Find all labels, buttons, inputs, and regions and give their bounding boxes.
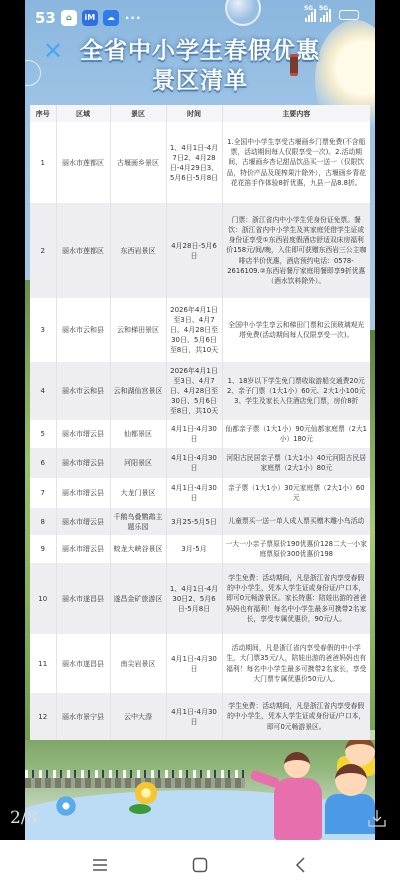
cell-time: 1、4月1日-4月30日2、5月6日-5月8日 xyxy=(166,563,222,634)
cell-time: 3月-5月 xyxy=(166,535,222,563)
download-button[interactable] xyxy=(367,808,387,828)
child-illustration xyxy=(335,764,367,796)
cell-spot: 南尖岩景区 xyxy=(110,634,166,693)
cell-time: 1、4月1日-4月7日2、4月28日-4月29日3、5月6日-5月8日 xyxy=(166,122,222,203)
cell-content: 学生免费：活动期间，凡是浙江省内享受春假的中小学生，凭本人学生证或身份证/户口本… xyxy=(222,563,370,634)
cell-area: 丽水市缙云县 xyxy=(56,420,110,448)
cell-spot: 大龙门景区 xyxy=(110,478,166,508)
cell-spot: 东西岩景区 xyxy=(110,203,166,298)
cell-area: 丽水市遂昌县 xyxy=(56,563,110,634)
cell-area: 丽水市莲都区 xyxy=(56,122,110,203)
cell-spot: 蛟龙大峡谷景区 xyxy=(110,535,166,563)
cell-no: 3 xyxy=(30,298,56,362)
table-row: 10 丽水市遂昌县 遂昌金矿旅游区 1、4月1日-4月30日2、5月6日-5月8… xyxy=(30,563,370,634)
cell-time: 4月1日-4月30日 xyxy=(166,693,222,740)
cell-content: 河阳古民居亲子票（1大1小）40元河阳古民居家庭票（2大1小）80元 xyxy=(222,448,370,478)
cell-spot: 云中大漈 xyxy=(110,693,166,740)
cell-time: 2026年4月1日至3日、4月7日、4月28日至30日、5月6日至8日，共10天 xyxy=(166,362,222,420)
cell-area: 丽水市遂昌县 xyxy=(56,634,110,693)
cell-no: 12 xyxy=(30,693,56,740)
status-time: 53 xyxy=(35,9,56,27)
cell-spot: 遂昌金矿旅游区 xyxy=(110,563,166,634)
status-right: 5G 5G xyxy=(305,8,359,22)
cell-no: 1 xyxy=(30,122,56,203)
back-icon xyxy=(294,857,306,873)
back-button[interactable] xyxy=(285,850,315,880)
header-time: 时间 xyxy=(166,105,222,122)
cell-area: 丽水市云和县 xyxy=(56,298,110,362)
spool-decoration-icon xyxy=(290,54,298,76)
cell-no: 8 xyxy=(30,508,56,535)
home-button[interactable] xyxy=(185,850,215,880)
table-row: 5 丽水市缙云县 仙都景区 4月1日-4月30日 仙都亲子票（1大1小）90元仙… xyxy=(30,420,370,448)
cell-time: 2026年4月1日至3日、4月7日、4月28日至30日、5月6日至8日，共10天 xyxy=(166,298,222,362)
table-row: 6 丽水市缙云县 河阳景区 4月1日-4月30日 河阳古民居亲子票（1大1小）4… xyxy=(30,448,370,478)
cell-no: 2 xyxy=(30,203,56,298)
header-area: 区域 xyxy=(56,105,110,122)
cell-content: 学生免费：活动期间，凡是浙江省内享受春假的中小学生，凭本人学生证或身份证/户口本… xyxy=(222,693,370,740)
cell-no: 4 xyxy=(30,362,56,420)
cell-no: 11 xyxy=(30,634,56,693)
cell-content: 门票：浙江省内中小学生凭身份证免票。餐饮：浙江省内中小学生及其家庭凭借学生证或身… xyxy=(222,203,370,298)
header-spot: 景区 xyxy=(110,105,166,122)
cell-area: 丽水市缙云县 xyxy=(56,535,110,563)
cell-spot: 古堰画乡景区 xyxy=(110,122,166,203)
cell-content: 1.全国中小学生享受古堰画乡门票免费(不含船票，活动期间每人仅限享受一次)。2.… xyxy=(222,122,370,203)
cell-no: 7 xyxy=(30,478,56,508)
cell-area: 丽水市莲都区 xyxy=(56,203,110,298)
poster-bottom-illustration xyxy=(25,740,375,840)
students-crowd xyxy=(25,770,245,778)
table-row: 4 丽水市云和县 云和湖仙宫景区 2026年4月1日至3日、4月7日、4月28日… xyxy=(30,362,370,420)
cell-no: 10 xyxy=(30,563,56,634)
cell-time: 4月1日-4月30日 xyxy=(166,478,222,508)
recent-apps-button[interactable] xyxy=(85,850,115,880)
cell-spot: 云和湖仙宫景区 xyxy=(110,362,166,420)
cell-content: 一大一小亲子票原价190优惠价128二大一小家庭票原价300优惠价198 xyxy=(222,535,370,563)
header-no: 序号 xyxy=(30,105,56,122)
menu-icon xyxy=(92,858,108,872)
cell-spot: 云和梯田景区 xyxy=(110,298,166,362)
table-row: 9 丽水市缙云县 蛟龙大峡谷景区 3月-5月 一大一小亲子票原价190优惠价12… xyxy=(30,535,370,563)
cell-time: 4月1日-4月30日 xyxy=(166,634,222,693)
title-line-1: 全省中小学生春假优惠 xyxy=(25,36,375,66)
cell-area: 丽水市缙云县 xyxy=(56,448,110,478)
table-row: 7 丽水市缙云县 大龙门景区 4月1日-4月30日 亲子票（1大1小）30元家庭… xyxy=(30,478,370,508)
screen: 53 ⌂ iM ☁ ··· 5G 5G ✕ 全省中小学生春假优惠 景区清单 xyxy=(0,0,400,889)
blue-flower-icon xyxy=(55,795,77,817)
cell-spot: 仙都景区 xyxy=(110,420,166,448)
cell-time: 4月1日-4月30日 xyxy=(166,420,222,448)
cell-content: 亲子票（1大1小）30元家庭票（2大1小）60元 xyxy=(222,478,370,508)
table-row: 1 丽水市莲都区 古堰画乡景区 1、4月1日-4月7日2、4月28日-4月29日… xyxy=(30,122,370,203)
battery-icon xyxy=(339,10,359,20)
home-app-icon: ⌂ xyxy=(61,10,77,26)
cell-spot: 千鹅鸟叠鹦鹉主题乐园 xyxy=(110,508,166,535)
cell-time: 4月1日-4月30日 xyxy=(166,448,222,478)
table-header-row: 序号 区域 景区 时间 主要内容 xyxy=(30,105,370,122)
kite-decoration-icon: ✕ xyxy=(43,36,64,66)
header-content: 主要内容 xyxy=(222,105,370,122)
weather-app-icon: ☁ xyxy=(103,10,119,26)
cell-time: 3月25-5月5日 xyxy=(166,508,222,535)
cell-no: 6 xyxy=(30,448,56,478)
download-icon xyxy=(367,808,387,828)
system-nav-bar xyxy=(0,840,400,889)
woman-illustration xyxy=(270,750,330,840)
scenic-spot-table: 序号 区域 景区 时间 主要内容 1 丽水市莲都区 古堰画乡景区 1、4月1日-… xyxy=(30,105,370,740)
cell-no: 5 xyxy=(30,420,56,448)
more-icon: ··· xyxy=(125,11,142,25)
cell-area: 丽水市云和县 xyxy=(56,362,110,420)
signal-5g-icon: 5G xyxy=(320,8,331,22)
table-row: 11 丽水市遂昌县 南尖岩景区 4月1日-4月30日 活动期间，凡是浙江省内享受… xyxy=(30,634,370,693)
title-line-2: 景区清单 xyxy=(25,66,375,96)
cell-area: 丽水市景宁县 xyxy=(56,693,110,740)
table-row: 3 丽水市云和县 云和梯田景区 2026年4月1日至3日、4月7日、4月28日至… xyxy=(30,298,370,362)
cell-content: 仙都亲子票（1大1小）90元仙都家庭票（2大1小）180元 xyxy=(222,420,370,448)
signal-5g-icon: 5G xyxy=(305,8,316,22)
cell-content: 全国中小学生享云和梯田门票和云顶玻璃观光塔免费(活动期间每人仅限享受一次)。 xyxy=(222,298,370,362)
cell-content: 儿童票买一送一单人成人票买赠木雕小鸟活动 xyxy=(222,508,370,535)
cell-area: 丽水市缙云县 xyxy=(56,478,110,508)
poster-title: ✕ 全省中小学生春假优惠 景区清单 xyxy=(25,36,375,96)
table-row: 12 丽水市景宁县 云中大漈 4月1日-4月30日 学生免费：活动期间，凡是浙江… xyxy=(30,693,370,740)
cell-area: 丽水市缙云县 xyxy=(56,508,110,535)
home-icon xyxy=(192,857,208,873)
yellow-flower-icon xyxy=(133,780,159,806)
cell-spot: 河阳景区 xyxy=(110,448,166,478)
cell-no: 9 xyxy=(30,535,56,563)
table-row: 8 丽水市缙云县 千鹅鸟叠鹦鹉主题乐园 3月25-5月5日 儿童票买一送一单人成… xyxy=(30,508,370,535)
cell-content: 活动期间，凡是浙江省内享受春假的中小学生，大门票35元/人，陪娃出游的爸爸妈妈也… xyxy=(222,634,370,693)
im-app-icon: iM xyxy=(82,10,98,26)
cell-time: 4月28日-5月6日 xyxy=(166,203,222,298)
cell-content: 1、18岁以下学生免门票收取游船交通费20元2、亲子门票（1大1小）60元、2大… xyxy=(222,362,370,420)
table-row: 2 丽水市莲都区 东西岩景区 4月28日-5月6日 门票：浙江省内中小学生凭身份… xyxy=(30,203,370,298)
page-indicator: 2/8 xyxy=(10,808,37,828)
status-bar: 53 ⌂ iM ☁ ··· 5G 5G xyxy=(25,6,375,30)
